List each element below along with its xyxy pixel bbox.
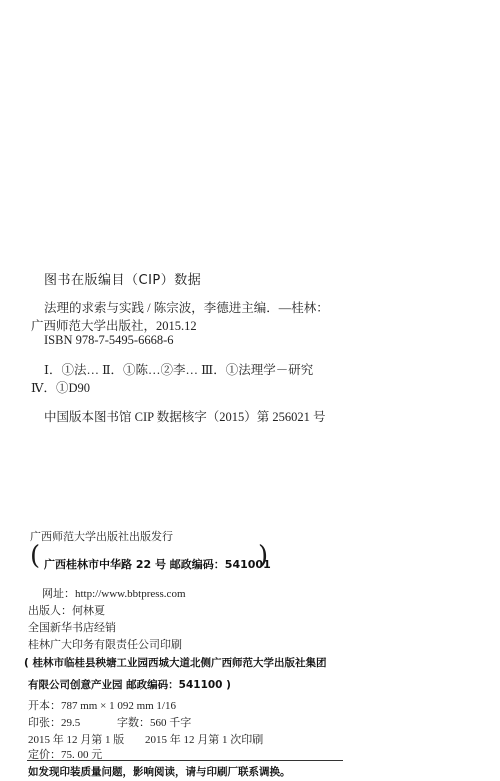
spec-words: 字数：560 千字: [117, 714, 191, 730]
cip-line-5-classification: Ⅳ．①D90: [31, 378, 90, 396]
publisher-person: 出版人：何林夏: [28, 602, 105, 618]
spec-edition: 2015 年 12 月第 1 版: [28, 731, 124, 747]
address-paren-open: (: [30, 541, 40, 571]
cip-line-1: 法理的求索与实践 / 陈宗波，李德进主编．—桂林：: [44, 298, 329, 316]
address-paren-close: ): [258, 541, 268, 571]
publisher-address: 广西桂林市中华路 22 号 邮政编码：541001: [44, 556, 271, 572]
cip-line-6-record-number: 中国版本图书馆 CIP 数据核字（2015）第 256021 号: [44, 407, 326, 425]
distributor: 全国新华书店经销: [28, 619, 116, 635]
cip-line-3-isbn: ISBN 978-7-5495-6668-6: [44, 333, 174, 348]
publisher-issuer: 广西师范大学出版社出版发行: [30, 528, 173, 544]
cip-heading: 图书在版编目（CIP）数据: [44, 269, 201, 288]
printer-address-line-1: ( 桂林市临桂县秧塘工业园西城大道北侧广西师范大学出版社集团: [24, 655, 326, 670]
divider-rule: [27, 760, 343, 761]
printer-address-line-2: 有限公司创意产业园 邮政编码：541100 ): [28, 677, 231, 692]
cip-line-4-classification: Ⅰ．①法… Ⅱ．①陈…②李… Ⅲ．①法理学－研究: [44, 360, 313, 378]
cip-line-2: 广西师范大学出版社，2015.12: [31, 316, 197, 334]
spec-printing: 2015 年 12 月第 1 次印刷: [145, 731, 263, 747]
publisher-website: 网址：http://www.bbtpress.com: [42, 585, 186, 601]
spec-format: 开本：787 mm × 1 092 mm 1/16: [28, 697, 176, 713]
printer: 桂林广大印务有限责任公司印刷: [28, 636, 182, 652]
quality-notice: 如发现印装质量问题，影响阅读，请与印刷厂联系调换。: [28, 764, 291, 779]
spec-sheets: 印张：29.5: [28, 714, 80, 730]
